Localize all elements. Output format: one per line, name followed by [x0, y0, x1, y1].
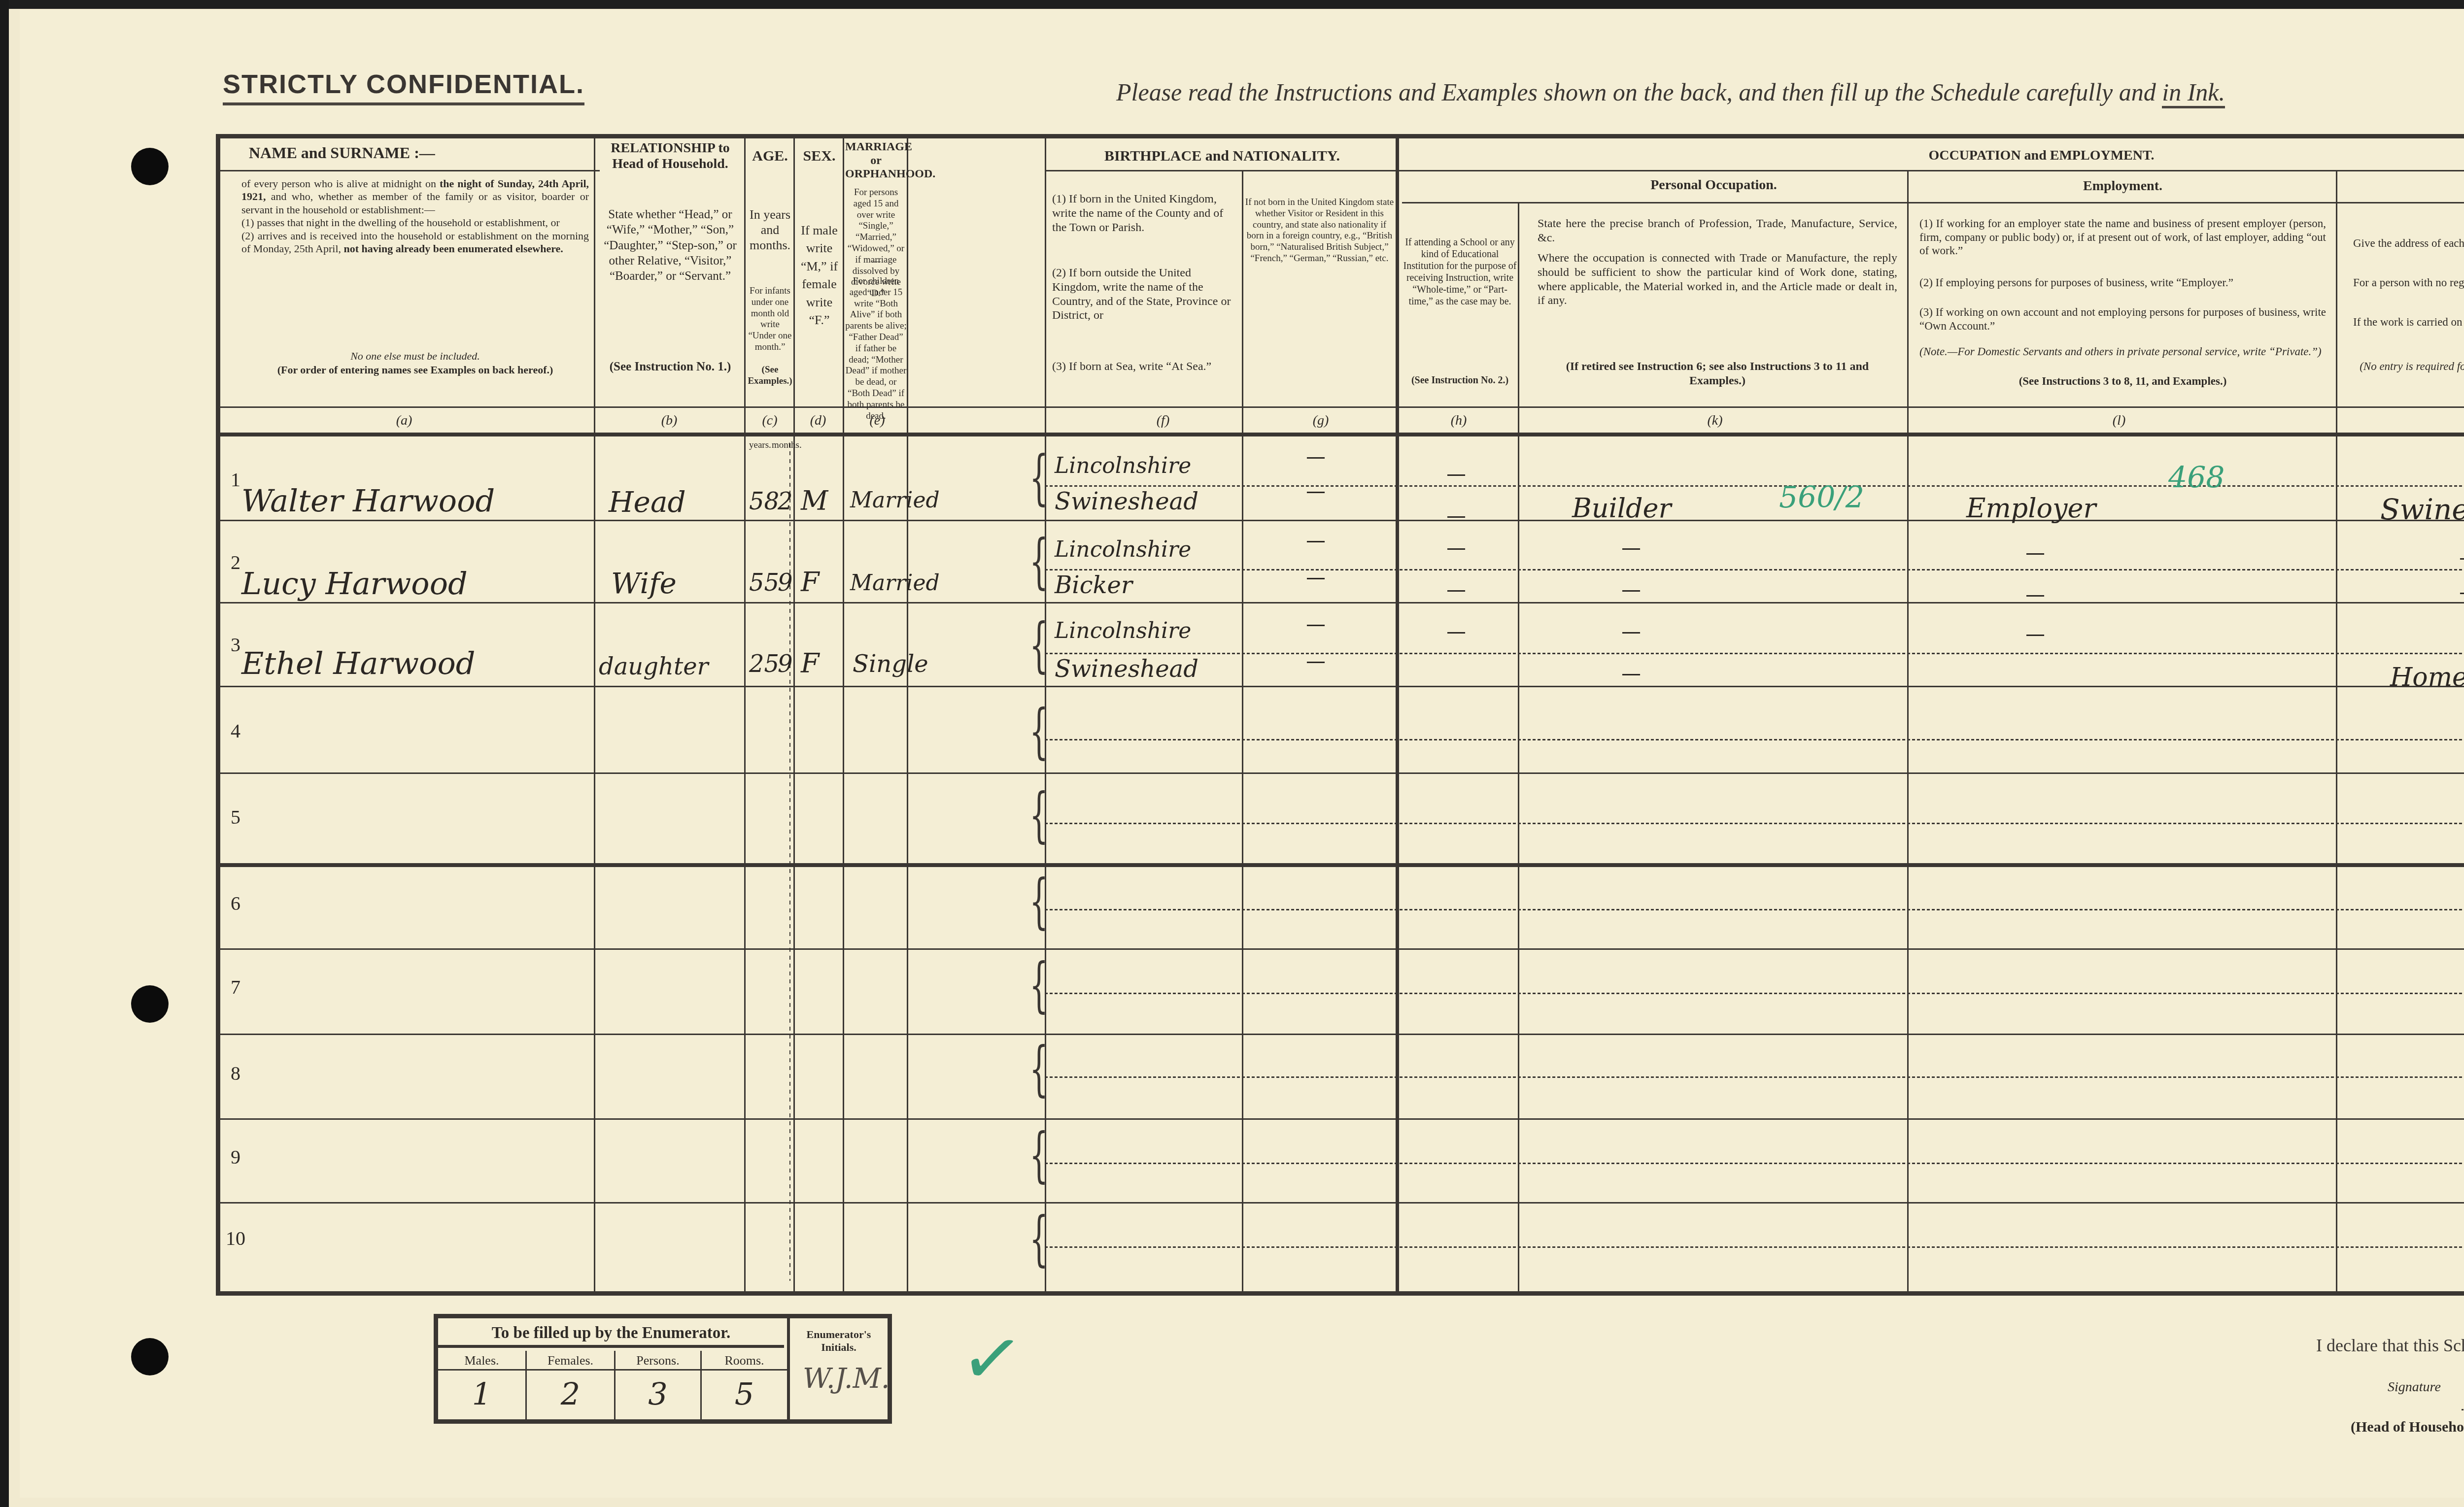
workplace[interactable]: Home: [2390, 663, 2464, 692]
brace-icon: {: [1029, 786, 1048, 845]
col-e-desc-children: For children aged under 15 write “Both A…: [845, 276, 907, 422]
nationality-dash[interactable]: —: [1306, 650, 1326, 673]
row-rule: [220, 863, 2464, 867]
green-checkmark-icon: ✓: [956, 1312, 1029, 1406]
page-title: STRICTLY CONFIDENTIAL.: [223, 69, 584, 105]
education-dash[interactable]: —: [1446, 505, 1466, 528]
education-dash[interactable]: —: [1446, 463, 1466, 486]
brace-icon: {: [1029, 702, 1048, 761]
col-l-note: (See Instructions 3 to 8, 11, and Exampl…: [1919, 374, 2326, 388]
col-d-description: If male write “M,” if female write “F.”: [798, 222, 840, 329]
row-rule: [220, 602, 2464, 603]
in-ink-text: in Ink.: [2162, 78, 2225, 108]
workplace[interactable]: Swineshead: [2380, 493, 2464, 526]
nationality-dash[interactable]: —: [1306, 480, 1326, 503]
col-a-description: of every person who is alive at midnight…: [241, 177, 589, 255]
col-h-note: (See Instruction No. 2.): [1402, 374, 1518, 386]
row-number: 2: [231, 551, 240, 574]
col-rule: [1242, 170, 1243, 1291]
person-name[interactable]: Walter Harwood: [241, 483, 495, 519]
col-rule: [2336, 170, 2337, 1291]
col-e-letter: (e): [857, 413, 897, 429]
scan-edge-top: [0, 0, 2464, 9]
birth-place[interactable]: Bicker: [1055, 571, 1132, 599]
males-label: Males.: [438, 1351, 525, 1371]
persons-cell: Persons. 3: [616, 1351, 702, 1420]
row-mid-rule: [1045, 1076, 2464, 1078]
females-cell: Females. 2: [527, 1351, 616, 1420]
col-h-letter: (h): [1439, 413, 1478, 429]
brace-icon: {: [1029, 956, 1048, 1015]
col-a-desc-bold: not having already been enumerated elsew…: [344, 242, 563, 255]
punch-hole-icon: [131, 148, 169, 185]
person-relationship[interactable]: Head: [609, 485, 686, 519]
row-number: 3: [231, 633, 240, 656]
males-value[interactable]: 1: [438, 1371, 525, 1418]
person-sex[interactable]: M: [801, 485, 828, 516]
col-a-order-note: (For order of entering names see Example…: [241, 364, 589, 376]
row-number: 6: [231, 892, 240, 915]
person-marital-status[interactable]: Married: [850, 488, 940, 513]
row-mid-rule: [1045, 1246, 2464, 1248]
row-number: 8: [231, 1062, 240, 1085]
person-age-months[interactable]: 2: [778, 488, 793, 515]
declaration-text: I declare that this Schedule is correctl…: [2316, 1335, 2464, 1356]
row-rule: [220, 520, 2464, 521]
birth-county[interactable]: Lincolnshire: [1055, 537, 1191, 562]
occupation-dash[interactable]: —: [1621, 579, 1641, 602]
occupation-dash[interactable]: —: [1621, 663, 1641, 685]
person-name[interactable]: Lucy Harwood: [241, 566, 468, 602]
person-age-years[interactable]: 25: [749, 650, 779, 678]
row-rule: [220, 1118, 2464, 1120]
rule: [1045, 170, 1402, 171]
persons-value[interactable]: 3: [616, 1371, 700, 1418]
employment-dash[interactable]: —: [2025, 584, 2045, 606]
person-age-years[interactable]: 55: [749, 569, 779, 597]
employment-code: 468: [2168, 461, 2225, 495]
education-dash[interactable]: —: [1446, 579, 1466, 602]
col-rule: [1518, 202, 1519, 1291]
brace-icon: {: [1029, 1209, 1048, 1269]
rule: [220, 406, 2464, 408]
col-c-description: In years and months.: [747, 207, 793, 253]
brace-icon: {: [1029, 1039, 1048, 1099]
col-c-letter: (c): [750, 413, 789, 429]
persons-label: Persons.: [616, 1351, 700, 1371]
col-k-title: Personal Occupation.: [1520, 177, 1907, 193]
nationality-dash[interactable]: —: [1306, 530, 1326, 552]
col-m-desc-4: (No entry is required for any person who…: [2353, 360, 2464, 373]
workplace-dash[interactable]: —: [2459, 581, 2464, 604]
col-g-description: If not born in the United Kingdom state …: [1244, 197, 1395, 265]
col-d-title: SEX.: [796, 148, 843, 165]
instructions-text: Please read the Instructions and Example…: [1116, 78, 2162, 106]
col-rule: [1907, 170, 1909, 1291]
rule: [220, 170, 600, 171]
col-k-desc-1: State here the precise branch of Profess…: [1538, 217, 1897, 245]
person-name[interactable]: Ethel Harwood: [241, 645, 475, 681]
col-b-title: RELATIONSHIP to Head of Household.: [596, 140, 744, 172]
workplace-dash[interactable]: —: [2459, 547, 2464, 569]
row-rule: [220, 772, 2464, 774]
rooms-label: Rooms.: [702, 1351, 787, 1371]
col-m-desc-1: Give the address of each person's place …: [2353, 236, 2464, 250]
col-fg-title: BIRTHPLACE and NATIONALITY.: [1047, 148, 1397, 165]
row-mid-rule: [1045, 739, 2464, 740]
col-l-desc-1: (1) If working for an employer state the…: [1919, 217, 2326, 258]
row-mid-rule: [1045, 653, 2464, 654]
row-mid-rule: [1045, 909, 2464, 910]
row-rule: [220, 948, 2464, 950]
col-f-desc-1: (1) If born in the United Kingdom, write…: [1052, 192, 1239, 234]
signature-label: Signature: [2388, 1379, 2441, 1395]
row-number: 9: [231, 1145, 240, 1169]
row-mid-rule: [1045, 485, 2464, 487]
person-marital-status[interactable]: Single: [853, 650, 928, 678]
col-k-letter: (k): [1695, 413, 1735, 429]
col-f-letter: (f): [1143, 413, 1183, 429]
rooms-cell: Rooms. 5: [702, 1351, 787, 1420]
education-dash[interactable]: —: [1446, 621, 1466, 643]
col-l-title: Employment.: [1910, 178, 2336, 194]
col-m-desc-3: If the work is carried on mainly at home…: [2353, 315, 2464, 329]
brace-icon: {: [1029, 616, 1048, 675]
col-m-title: Place of Work.: [2338, 182, 2464, 198]
person-age-months[interactable]: 9: [778, 569, 793, 597]
col-l-desc-2: (2) If employing persons for purposes of…: [1919, 276, 2326, 290]
col-k-note: (If retired see Instruction 6; see also …: [1538, 360, 1897, 388]
enumerator-summary-box: To be filled up by the Enumerator. Enume…: [434, 1314, 892, 1424]
row-rule: [220, 686, 2464, 687]
row-number: 5: [231, 805, 240, 829]
row-mid-rule: [1045, 823, 2464, 824]
col-a-letter: (a): [384, 413, 424, 429]
punch-hole-icon: [131, 1338, 169, 1375]
col-a-desc-text: of every person who is alive at midnight…: [241, 177, 440, 190]
employment-dash[interactable]: —: [2025, 542, 2045, 565]
col-m-desc-2: For a person with no regular place of wo…: [2353, 276, 2464, 290]
birth-county[interactable]: Lincolnshire: [1055, 618, 1191, 643]
rooms-value[interactable]: 5: [702, 1371, 787, 1418]
signature-note: (Head of Household, Manager of Establish…: [2351, 1419, 2464, 1436]
person-age-months[interactable]: 9: [778, 650, 793, 678]
col-h-description: If attending a School or any kind of Edu…: [1402, 236, 1518, 307]
employment-dash[interactable]: —: [2025, 623, 2045, 646]
occupation-group-title: OCCUPATION and EMPLOYMENT.: [1402, 148, 2464, 164]
col-a-desc-text: (1) passes that night in the dwelling of…: [241, 216, 560, 229]
employment[interactable]: Employer: [1966, 493, 2096, 524]
col-l-desc-3: (3) If working on own account and not em…: [1919, 305, 2326, 333]
col-f-desc-2: (2) If born outside the United Kingdom, …: [1052, 266, 1239, 323]
occupation[interactable]: Builder: [1572, 493, 1671, 524]
col-a-desc-text: and who, whether as member of the family…: [241, 190, 589, 215]
row-number: 7: [231, 975, 240, 999]
rule: [1402, 202, 2464, 203]
col-f-desc-3: (3) If born at Sea, write “At Sea.”: [1052, 360, 1239, 374]
person-age-years[interactable]: 58: [749, 488, 779, 515]
col-b-description: State whether “Head,” or “Wife,” “Mother…: [601, 207, 739, 284]
row-mid-rule: [1045, 993, 2464, 994]
age-months-label: months.: [772, 440, 793, 451]
person-relationship[interactable]: daughter: [599, 653, 709, 680]
row-number: 4: [231, 719, 240, 742]
nationality-dash[interactable]: —: [1306, 567, 1326, 589]
row-rule: [220, 1034, 2464, 1035]
enumerator-summary-heading: To be filled up by the Enumerator.: [438, 1318, 784, 1348]
punch-hole-icon: [131, 985, 169, 1023]
females-label: Females.: [527, 1351, 614, 1371]
col-l-desc-4: (Note.—For Domestic Servants and others …: [1919, 345, 2326, 359]
occupation-dash[interactable]: —: [1621, 621, 1641, 643]
col-b-letter: (b): [650, 413, 689, 429]
row-rule: [220, 1202, 2464, 1204]
brace-icon: {: [1029, 532, 1048, 591]
row-mid-rule: [1045, 1163, 2464, 1164]
person-sex[interactable]: F: [801, 648, 819, 679]
nationality-dash[interactable]: —: [1306, 446, 1326, 469]
females-value[interactable]: 2: [527, 1371, 614, 1418]
brace-icon: {: [1029, 1126, 1048, 1185]
occupation-code: 560/2: [1779, 480, 1864, 515]
col-c-infant-note: For infants under one month old write “U…: [747, 286, 793, 353]
col-k-desc-2: Where the occupation is connected with T…: [1538, 251, 1897, 308]
col-b-note: (See Instruction No. 1.): [601, 360, 739, 374]
signature-line: [2462, 1409, 2464, 1410]
rule: [1402, 170, 2464, 171]
birth-county[interactable]: Lincolnshire: [1055, 453, 1191, 478]
person-sex[interactable]: F: [801, 567, 819, 598]
col-l-letter: (l): [2099, 413, 2139, 429]
brace-icon: {: [1029, 448, 1048, 507]
instructions-line: Please read the Instructions and Example…: [1116, 78, 2225, 106]
row-mid-rule: [1045, 569, 2464, 570]
person-marital-status[interactable]: Married: [850, 570, 940, 596]
row-number: 1: [231, 468, 240, 491]
col-a-title: NAME and SURNAME :—: [249, 144, 584, 162]
males-cell: Males. 1: [438, 1351, 527, 1420]
enumerator-initials-value[interactable]: W.J.M.: [803, 1363, 890, 1395]
brace-icon: {: [1029, 872, 1048, 931]
nationality-dash[interactable]: —: [1306, 613, 1326, 636]
col-g-letter: (g): [1301, 413, 1340, 429]
col-e-title: MARRIAGE or ORPHANHOOD.: [845, 140, 907, 181]
birth-place[interactable]: Swineshead: [1055, 488, 1198, 515]
rule: [220, 433, 2464, 436]
birth-place[interactable]: Swineshead: [1055, 655, 1198, 683]
col-c-note: (See Examples.): [747, 365, 793, 387]
col-e-separator: —: [845, 256, 907, 268]
col-a-note: No one else must be included.: [241, 350, 589, 363]
col-c-title: AGE.: [747, 148, 793, 165]
row-number: 10: [226, 1227, 245, 1250]
occupation-dash[interactable]: —: [1621, 537, 1641, 560]
col-d-letter: (d): [798, 413, 838, 429]
age-years-label: years.: [749, 440, 771, 451]
person-relationship[interactable]: Wife: [611, 567, 677, 600]
scan-edge-left: [0, 0, 9, 1507]
education-dash[interactable]: —: [1446, 537, 1466, 560]
